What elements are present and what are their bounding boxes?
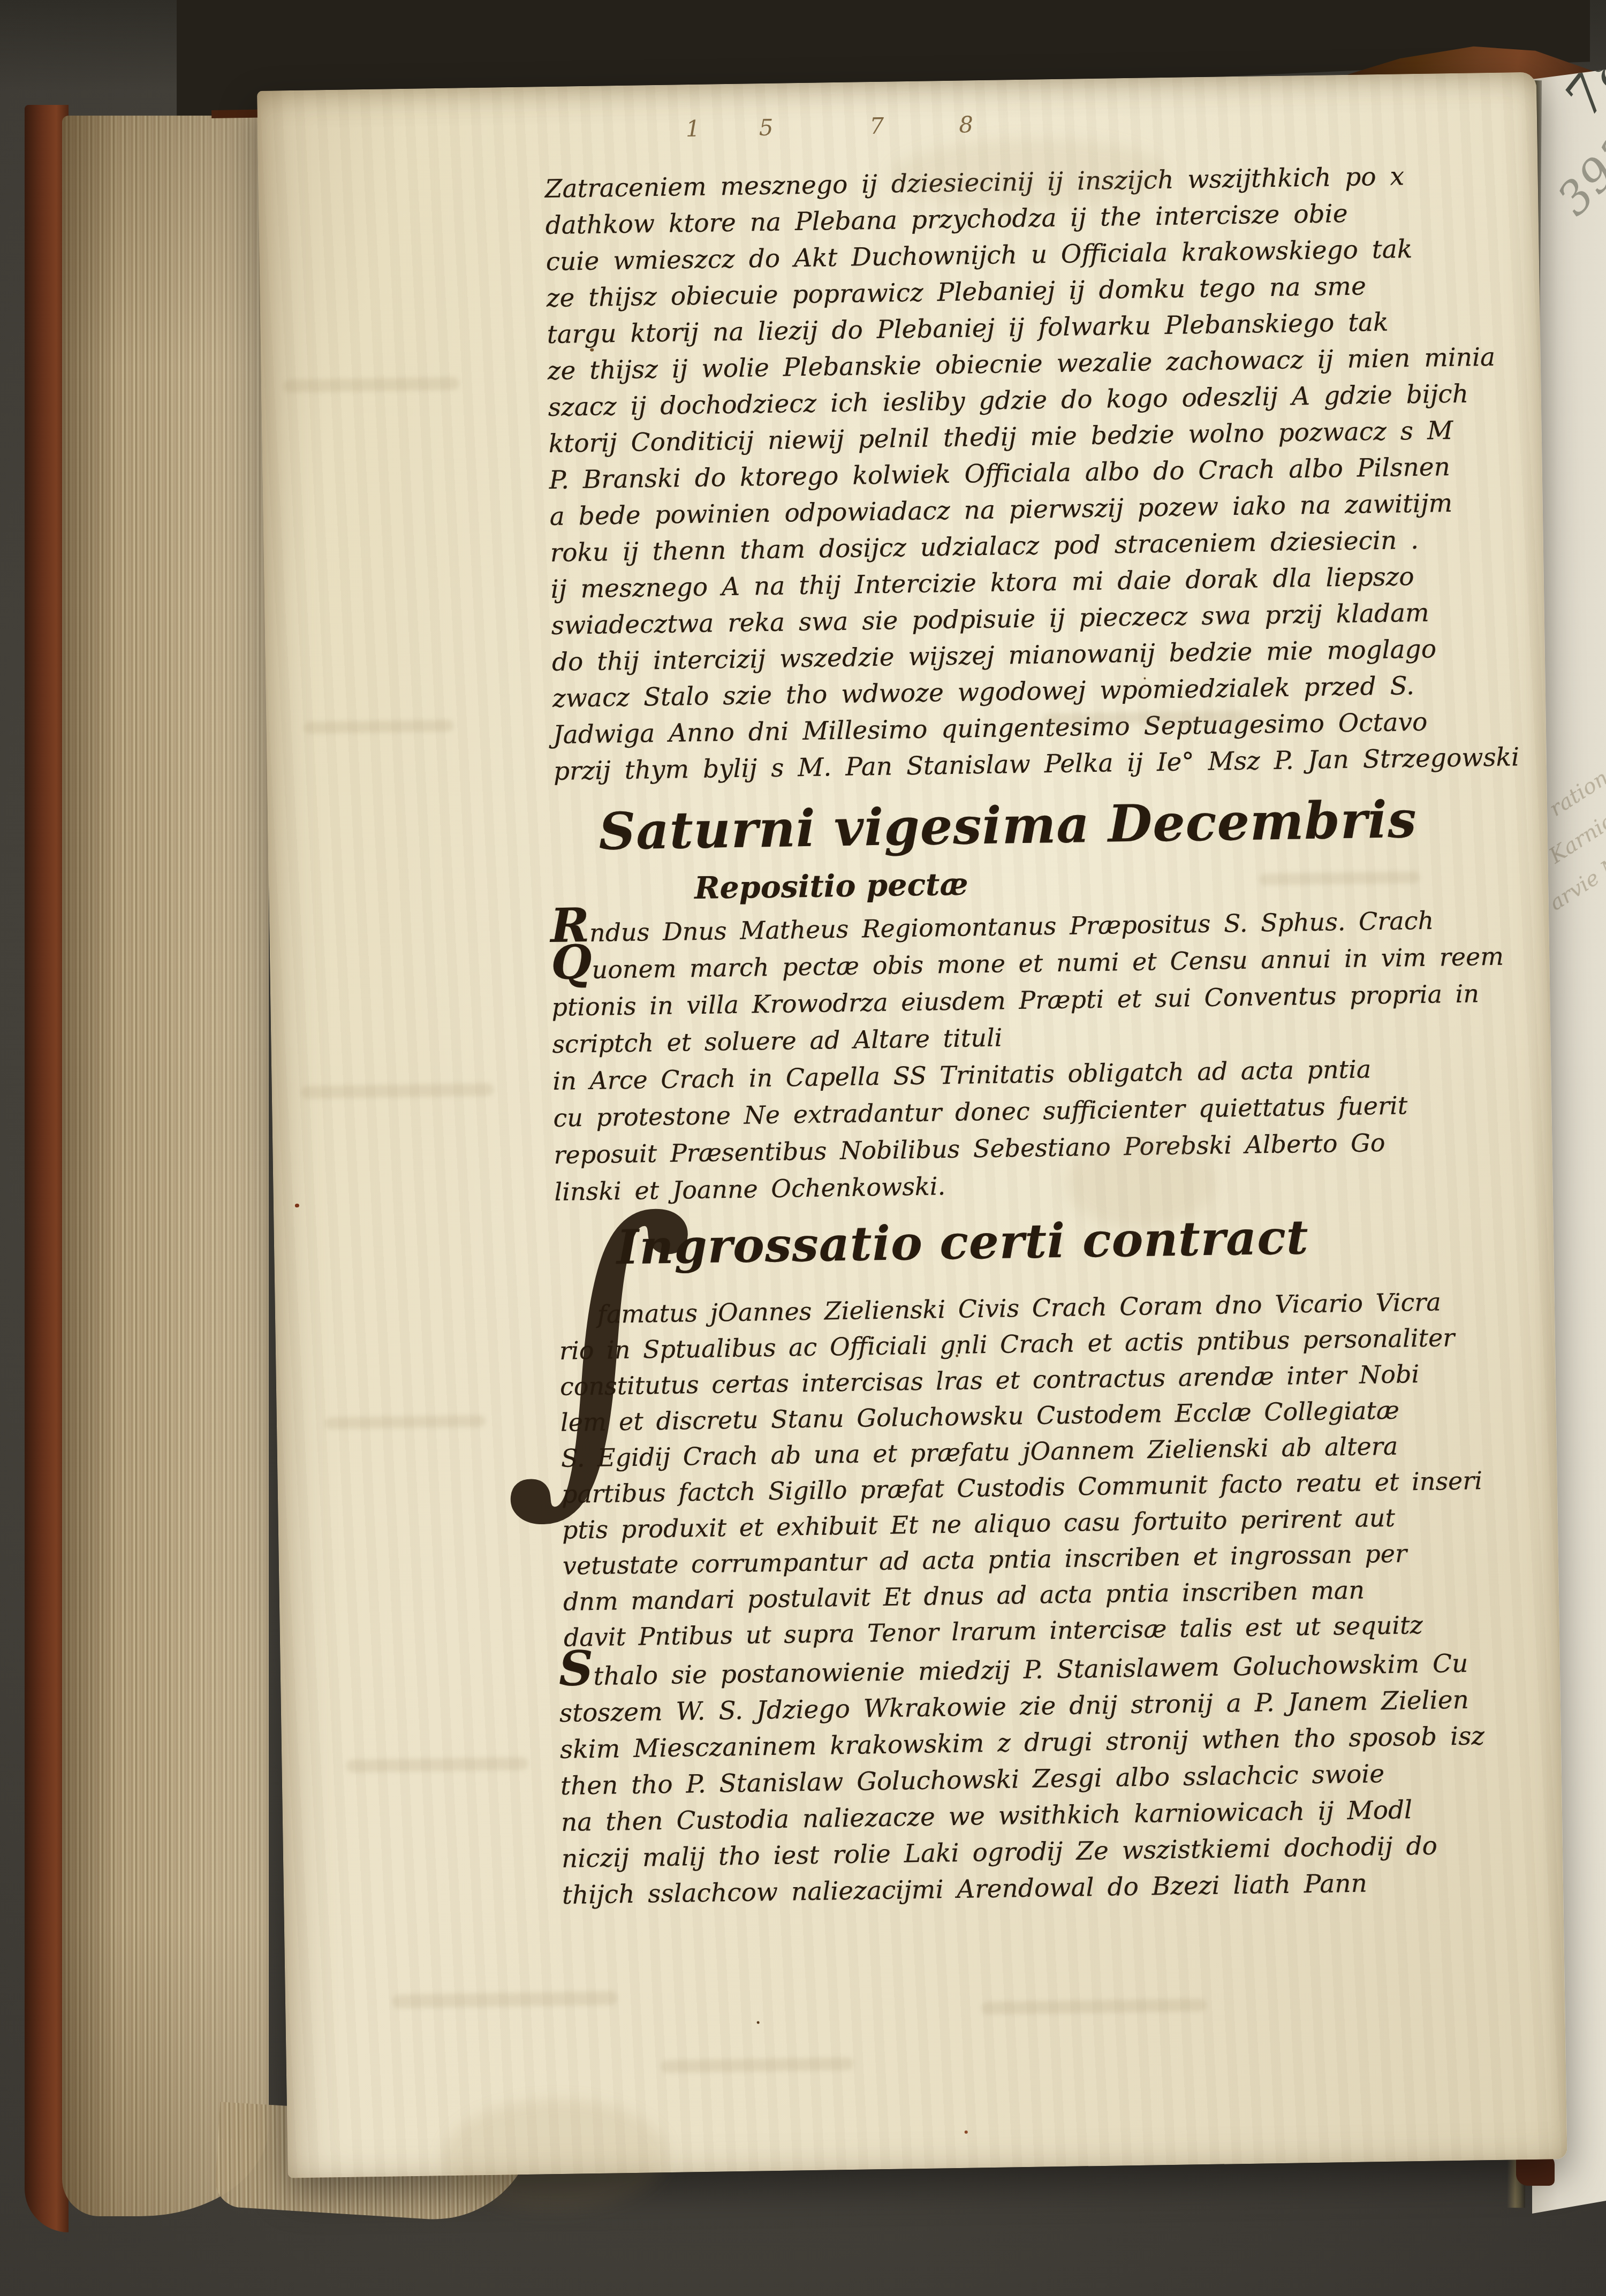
section-heading-1: Saturni vigesima Decembris: [599, 790, 1417, 862]
page-fore-edge: [62, 116, 269, 2216]
year-digit: 7: [869, 113, 884, 139]
ink-speck: [1143, 677, 1146, 679]
photo-backdrop: 785 393 rationeKarniowicarvie Mo 1578 Za…: [0, 0, 1606, 2296]
year-digit: 5: [759, 115, 773, 141]
ghost-bleedthrough: [346, 1757, 528, 1773]
ghost-bleedthrough: [1259, 871, 1420, 885]
ink-speck: [295, 1204, 299, 1207]
ink-speck: [757, 2021, 760, 2024]
section-subheading: Repositio pectæ: [694, 866, 968, 906]
year-digits: 1578: [686, 111, 974, 142]
margin-notes: rationeKarniowicarvie Mo: [1543, 770, 1606, 911]
ghost-bleedthrough: [325, 1415, 486, 1429]
folio-number-secondary: 393: [1547, 124, 1606, 225]
ghost-bleedthrough: [301, 1083, 494, 1099]
margin-note: ratione: [1545, 742, 1606, 822]
section-heading-2: Ingrossatio certi contract: [616, 1209, 1309, 1275]
ghost-bleedthrough: [981, 1998, 1206, 2014]
ghost-bleedthrough: [283, 377, 459, 392]
manuscript-page: 1578 Zatraceniem mesznego ij dziesiecini…: [257, 72, 1567, 2178]
ghost-bleedthrough: [392, 1991, 617, 2008]
ghost-bleedthrough: [661, 2057, 854, 2073]
ink-speck: [965, 2131, 968, 2134]
entry-block-4: Sthalo sie postanowienie miedzij P. Stan…: [559, 1645, 1487, 1914]
entry-block-1: Zatraceniem mesznego ij dziesiecinij ij …: [544, 157, 1519, 790]
ghost-bleedthrough: [304, 720, 453, 734]
year-digit: 1: [686, 116, 700, 142]
stain-blotch: [442, 2097, 669, 2213]
ink-speck: [956, 1355, 958, 1357]
section-heading-1-text: Saturni vigesima Decembris: [599, 790, 1417, 862]
year-digit: 8: [959, 111, 973, 138]
entry-block-3: famatus jOannes Zielienski Civis Crach C…: [558, 1283, 1484, 1655]
